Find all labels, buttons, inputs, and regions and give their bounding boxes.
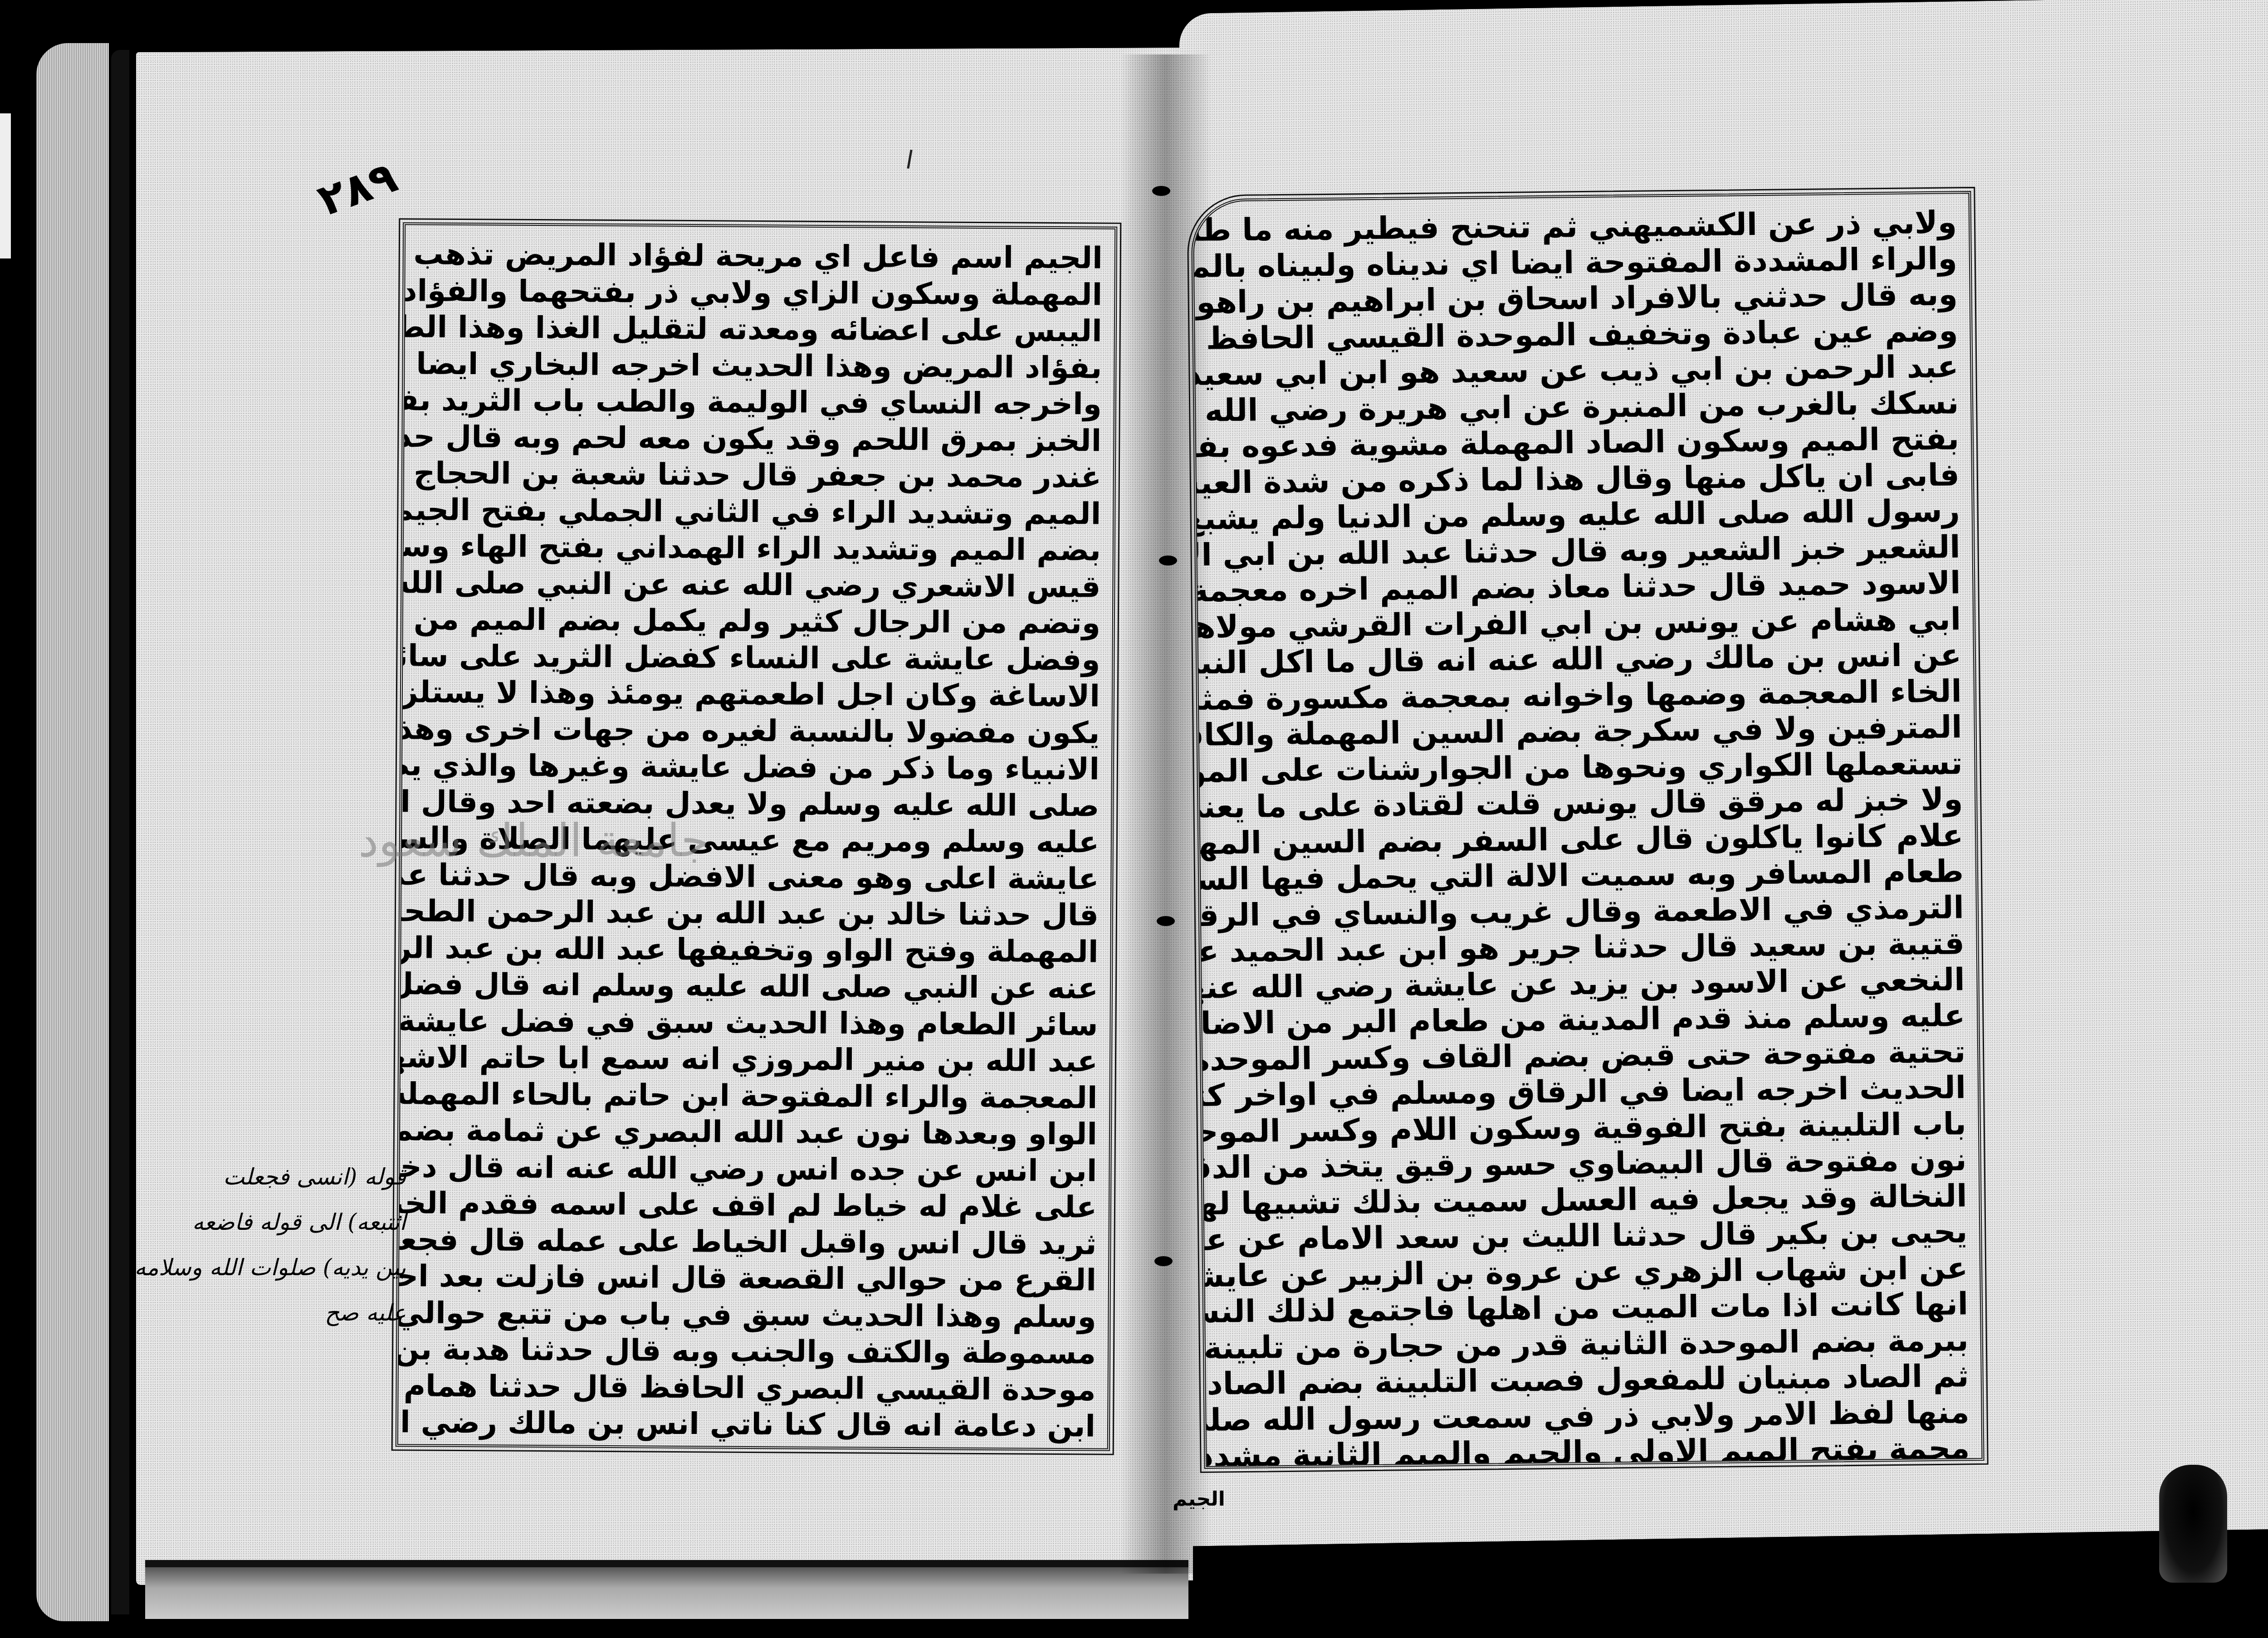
binding-hole bbox=[1159, 556, 1177, 565]
text-line: القرع من حوالي القصعة قال انس فازلت بعد … bbox=[411, 1258, 1096, 1299]
text-line: الميم وتشديد الراء في الثاني الجملي بفتح… bbox=[415, 492, 1101, 532]
text-line: اليبس على اعضائه ومعدته لتقليل الغذا وهذ… bbox=[417, 309, 1102, 350]
text-line: الانبياء وما ذكر من فضل عايشة وغيرها وال… bbox=[414, 747, 1100, 788]
text-line: عليه وسلم ومريم مع عيسى عليهما الصلاة وا… bbox=[414, 820, 1099, 861]
marginal-note: قوله (انسى فجعلت اتتبعه) الى قوله فاضعه … bbox=[161, 1154, 406, 1336]
text-line: ابن دعامة انه قال كنا ناتي انس بن مالك ر… bbox=[410, 1404, 1095, 1445]
marginal-note-line: بين يديه) صلوات الله وسلامه bbox=[161, 1245, 406, 1290]
book-cover-edge bbox=[36, 43, 109, 1621]
scan-edge-strip bbox=[0, 113, 11, 258]
text-line: سائر الطعام وهذا الحديث سبق في فضل عايشة… bbox=[412, 1003, 1098, 1043]
text-line-with-heading: واخرجه النساي في الوليمة والطب باب الثري… bbox=[416, 382, 1102, 423]
thumb-shadow bbox=[2159, 1465, 2227, 1583]
text-line: وتضم من الرجال كثير ولم يكمل بضم الميم م… bbox=[415, 601, 1100, 642]
text-line: بضم الميم وتشديد الراء الهمداني بفتح اله… bbox=[415, 528, 1101, 569]
text-line: ابن انس عن جده انس رضي الله عنه انه قال … bbox=[411, 1149, 1097, 1189]
text-line: غندر محمد بن جعفر قال حدثنا شعبة بن الحج… bbox=[416, 455, 1101, 496]
text-line: المهملة وفتح الواو وتخفيفها عبد الله بن … bbox=[413, 930, 1098, 970]
text-line: موحدة القيسي البصري الحافظ قال حدثنا هما… bbox=[410, 1368, 1095, 1409]
right-page-text-body: ولابي ذر عن الكشميهني ثم تنحنح فيطير منه… bbox=[1206, 205, 1970, 1469]
binding-hole bbox=[1154, 1256, 1173, 1266]
cover-inner-shadow bbox=[111, 50, 129, 1614]
text-line: عنه عن النبي صلى الله عليه وسلم انه قال … bbox=[413, 966, 1098, 1007]
text-line: يكون مفضولا بالنسبة لغيره من جهات اخرى و… bbox=[414, 711, 1100, 751]
text-line: الاساغة وكان اجل اطعمتهم يومئذ وهذا لا ي… bbox=[415, 674, 1100, 715]
text-line: على غلام له خياط لم اقف على اسمه فقدم ال… bbox=[411, 1185, 1097, 1226]
text-line: الخبز بمرق اللحم وقد يكون معه لحم وبه قا… bbox=[416, 419, 1101, 459]
text-line: مسموطة والكتف والجنب وبه قال حدثنا هدبة … bbox=[411, 1331, 1096, 1372]
left-page-text-body: الجيم اسم فاعل اي مريحة لفؤاد المريض تذه… bbox=[410, 236, 1103, 1451]
binding-hole bbox=[1152, 186, 1170, 196]
marginal-note-line: عليه صح bbox=[161, 1290, 406, 1336]
text-line: المعجمة والراء المفتوحة ابن حاتم بالحاء … bbox=[412, 1076, 1097, 1116]
text-line: عايشة اعلى وهو معنى الافضل وبه قال حدثنا… bbox=[413, 857, 1099, 897]
text-line: بفؤاد المريض وهذا الحديث اخرجه البخاري ا… bbox=[416, 346, 1102, 386]
text-line: صلى الله عليه وسلم ولا يعدل بضعته احد وق… bbox=[414, 784, 1099, 824]
page-bottom-edge bbox=[145, 1560, 1188, 1619]
text-line: وفضل عايشة على النساء كفضل الثريد على سا… bbox=[415, 638, 1100, 678]
text-line: الجيم اسم فاعل اي مريحة لفؤاد المريض تذه… bbox=[417, 236, 1103, 277]
marginal-note-line: اتتبعه) الى قوله فاضعه bbox=[161, 1199, 406, 1245]
text-line: المهملة وسكون الزاي ولابي ذر بفتحهما وال… bbox=[417, 273, 1102, 313]
catchword: الجيم bbox=[1173, 1487, 1225, 1511]
text-line: عبد الله بن منير المروزي انه سمع ابا حات… bbox=[412, 1039, 1098, 1080]
text-line: قيس الاشعري رضي الله عنه عن النبي صلى ال… bbox=[415, 565, 1100, 605]
left-page-text-frame: الجيم اسم فاعل اي مريحة لفؤاد المريض تذه… bbox=[396, 222, 1117, 1451]
text-line: الواو وبعدها نون عبد الله البصري عن ثمام… bbox=[412, 1112, 1097, 1153]
binding-hole bbox=[1157, 916, 1175, 926]
marginal-note-line: قوله (انسى فجعلت bbox=[161, 1154, 406, 1199]
right-page-text-frame: ولابي ذر عن الكشميهني ثم تنحنح فيطير منه… bbox=[1191, 191, 1984, 1469]
text-line: ثريد قال انس واقبل الخياط على عمله قال ف… bbox=[411, 1222, 1096, 1263]
text-line-with-heading: وسلم وهذا الحديث سبق في باب من تتبع حوال… bbox=[411, 1295, 1096, 1336]
text-line: قال حدثنا خالد بن عبد الله بن عبد الرحمن… bbox=[413, 893, 1099, 934]
